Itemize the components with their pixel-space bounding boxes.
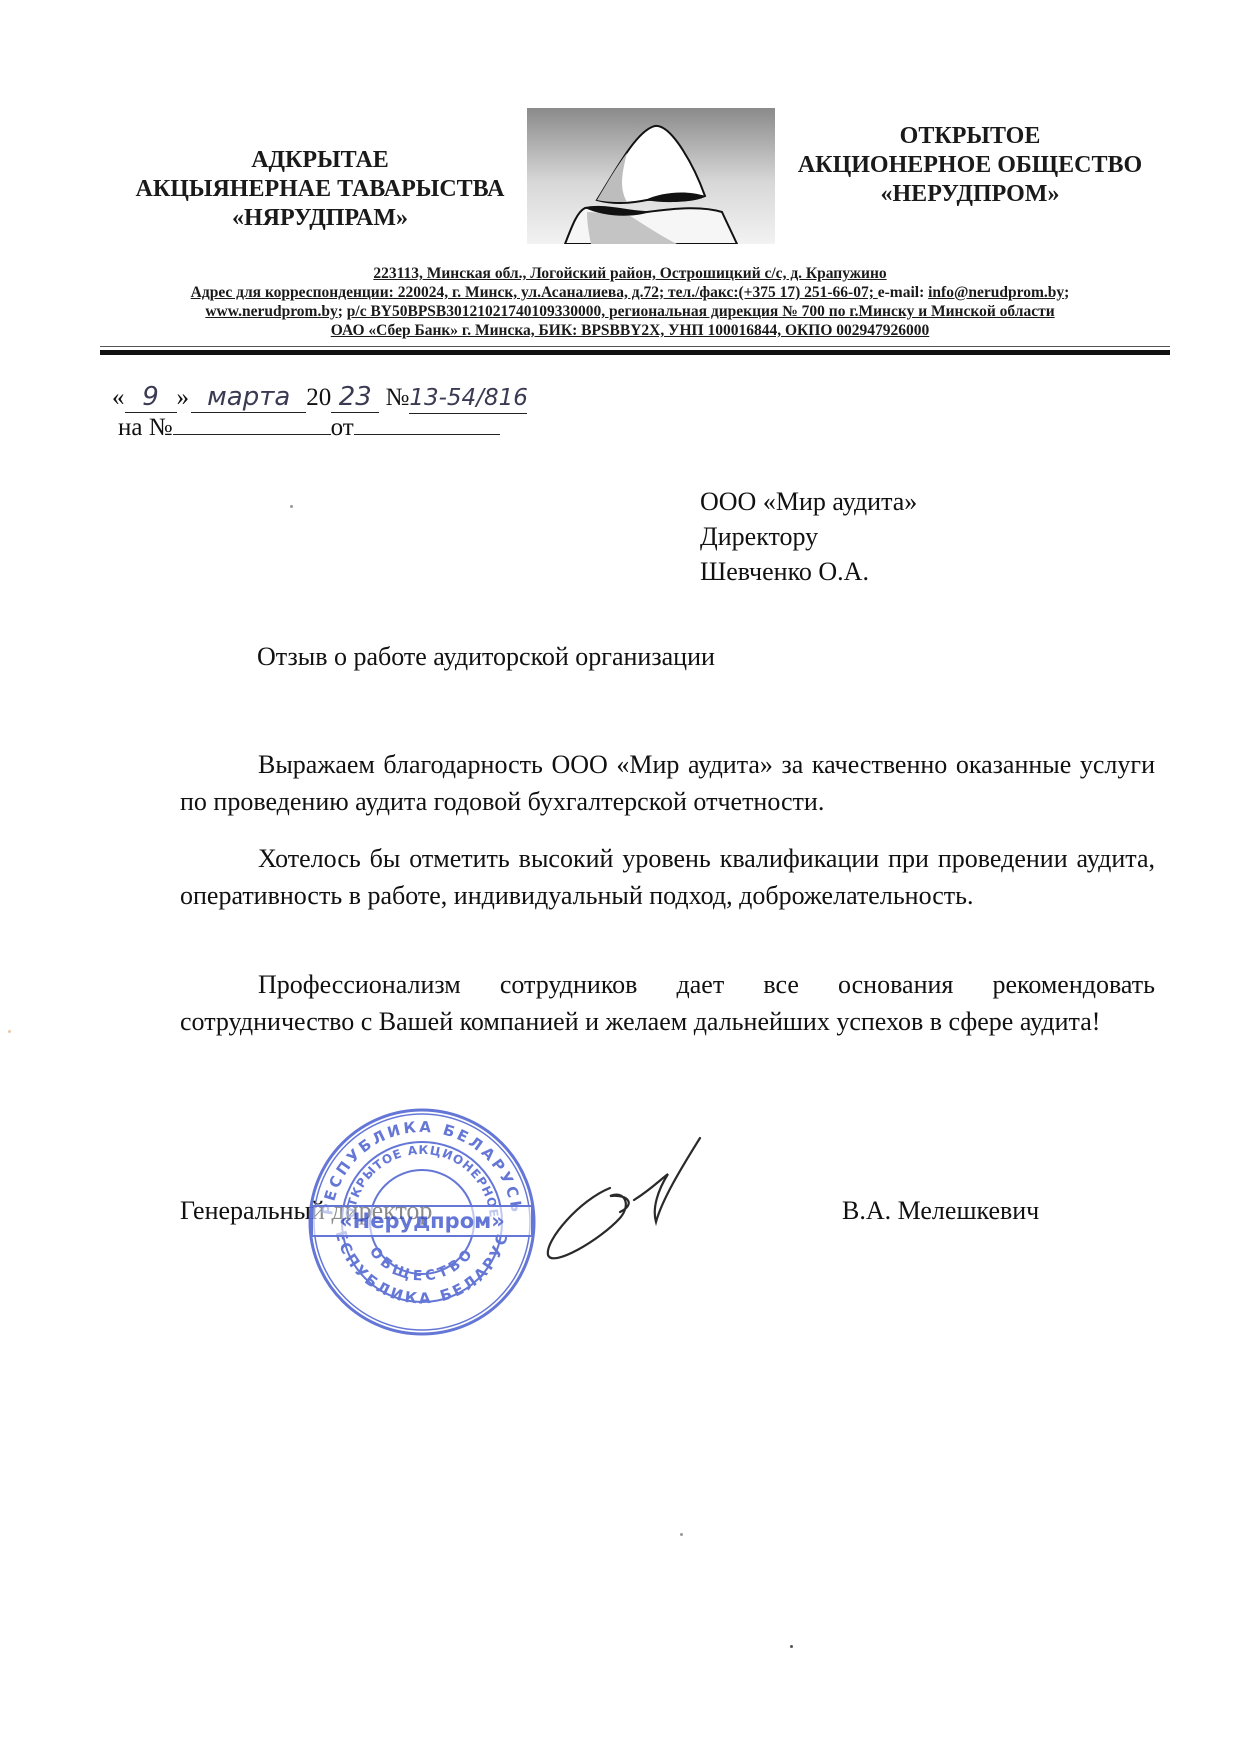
from-date-label: от [331,414,354,441]
correspondence-address: Адрес для корреспонденции: 220024, г. Ми… [191,284,878,301]
quote-close: » [177,384,190,411]
org-name-left-line1: АДКРЫТАЕ [110,146,530,175]
year-prefix: 20 [306,384,331,411]
letter-subject: Отзыв о работе аудиторской организации [257,642,715,672]
handwritten-day: 9 [125,382,177,413]
recipient-block: ООО «Мир аудита» Директору Шевченко О.А. [700,484,917,589]
handwritten-month: марта [191,382,306,413]
signatory-name: В.А. Мелешкевич [842,1196,1039,1226]
org-name-right-line2: АКЦИОНЕРНОЕ ОБЩЕСТВО [780,151,1160,180]
header-divider-thin [100,346,1170,347]
svg-text:«Нерудпром»: «Нерудпром» [339,1209,505,1233]
email-link[interactable]: info@nerudprom.by [928,284,1064,301]
recipient-name: Шевченко О.А. [700,554,917,589]
reply-number-field [173,412,331,435]
from-date-field [354,412,500,435]
mountain-peaks-logo [527,108,775,244]
body-paragraph: Выражаем благодарность ООО «Мир аудита» … [180,746,1155,820]
email-label: e-mail: [878,284,928,301]
legal-address: 223113, Минская обл., Логойский район, О… [373,265,886,282]
scan-speck [790,1645,793,1648]
quote-open: « [112,384,125,411]
org-name-right-line3: «НЕРУДПРОМ» [780,180,1160,209]
bank-details: ОАО «Сбер Банк» г. Минска, БИК: BPSBBY2X… [331,322,930,339]
scan-speck [680,1533,683,1536]
scan-speck [8,1030,11,1033]
body-paragraph: Профессионализм сотрудников дает все осн… [180,966,1155,1040]
recipient-position: Директору [700,519,917,554]
header-divider [100,350,1170,355]
org-name-right-line1: ОТКРЫТОЕ [780,122,1160,151]
separator: ; [1064,284,1069,301]
recipient-company: ООО «Мир аудита» [700,484,917,519]
handwritten-year: 23 [331,382,379,413]
handwritten-outgoing-number: 13-54/816 [409,383,527,414]
official-stamp: РЕСПУБЛИКА БЕЛАРУСЬ РЕСПУБЛИКА БЕЛАРУСЬ … [302,1102,542,1342]
org-name-left-line2: АКЦЫЯНЕРНАЕ ТАВАРЫСТВА [110,175,530,204]
org-name-belarusian: АДКРЫТАЕ АКЦЫЯНЕРНАЕ ТАВАРЫСТВА «НЯРУДПР… [110,146,530,233]
company-address-block: 223113, Минская обл., Логойский район, О… [100,264,1160,340]
org-name-russian: ОТКРЫТОЕ АКЦИОНЕРНОЕ ОБЩЕСТВО «НЕРУДПРОМ… [780,122,1160,209]
bank-account: р/с BY50BPSB30121021740109330000, регион… [347,303,1055,320]
website-link[interactable]: www.nerudprom.by [205,303,337,320]
handwritten-signature [540,1130,740,1270]
outgoing-registration: «9» марта2023 №13-54/816 [112,382,527,414]
body-paragraph: Хотелось бы отметить высокий уровень ква… [180,840,1155,914]
separator: ; [338,303,347,320]
number-label: № [386,384,410,411]
incoming-reference: на №от [118,412,500,443]
org-name-left-line3: «НЯРУДПРАМ» [110,204,530,233]
reply-number-label: на № [118,414,173,441]
scan-speck [290,505,293,508]
